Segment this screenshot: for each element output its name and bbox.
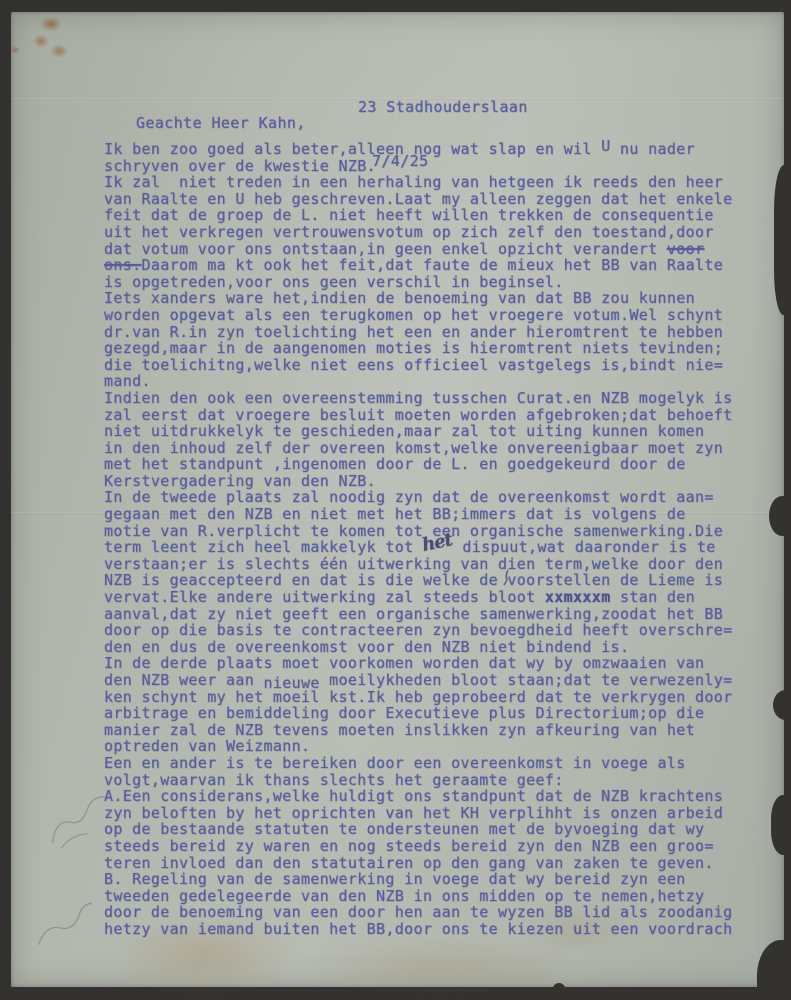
salutation: Geachte Heer Kahn, xyxy=(136,114,306,132)
letter-line: tweeden gedelegeerde van den NZB in ons … xyxy=(104,888,764,905)
letter-line: teren invloed dan den statutairen op den… xyxy=(104,855,764,872)
letter-line: manier zal de NZB tevens moeten inslikke… xyxy=(104,722,764,739)
letter-line: optreden van Weizmann. xyxy=(104,738,764,755)
letter-line: steeds bereid zy waren en nog steeds ber… xyxy=(104,838,764,855)
letter-line: term leent zich heel makkelyk tot het di… xyxy=(104,539,764,556)
letter-line: hetzy van iemand buiten het BB,door ons … xyxy=(104,921,764,938)
letter-line: door op die basis te contracteeren zyn b… xyxy=(104,622,764,639)
letter-line: aanval,dat zy niet geeft een organische … xyxy=(104,606,764,623)
letter-line: In de derde plaats moet voorkomen worden… xyxy=(104,655,764,672)
letter-line: arbitrage en bemiddeling door Executieve… xyxy=(104,705,764,722)
letter-line: gegaan met den NZB en niet met het BB;im… xyxy=(104,506,764,523)
handwritten-insertion: het xyxy=(421,532,454,554)
scanned-letter: 23 Stadhouderslaan 7/4/25 Geachte Heer K… xyxy=(0,0,791,1000)
letter-line: in den inhoud zelf der overeen komst,wel… xyxy=(104,440,764,457)
letter-line: zal eerst dat vroegere besluit moeten wo… xyxy=(104,407,764,424)
letter-line: In de tweede plaats zal noodig zyn dat d… xyxy=(104,489,764,506)
sender-address: 23 Stadhouderslaan xyxy=(358,98,528,116)
letter-line: gezegd,maar in de aangenomen moties is h… xyxy=(104,340,764,357)
letter-line: die toelichitng,welke niet eens officiee… xyxy=(104,357,764,374)
letter-line: den NZB weer aan nieuwe moeilykheden blo… xyxy=(104,672,764,689)
letter-line: Ik zal niet treden in een herhaling van … xyxy=(104,174,764,191)
letter-line: Indien den ook een overeenstemming tussc… xyxy=(104,390,764,407)
letter-line: schryven over de kwestie NZB. xyxy=(104,158,764,175)
letter-line: Kerstvergadering van den NZB. xyxy=(104,473,764,490)
letter-line: vervat.Elke andere uitwerking zal steeds… xyxy=(104,589,764,606)
letter-body: Ik ben zoo goed als beter,alleen nog wat… xyxy=(104,141,764,938)
letter-line: verstaan;er is slechts één uitwerking va… xyxy=(104,556,764,573)
letter-line: NZB is geaccepteerd en dat is die welke … xyxy=(104,572,764,589)
letter-line: worden opgevat als een terugkomen op het… xyxy=(104,307,764,324)
letter-line: dr.van R.in zyn toelichting het een en a… xyxy=(104,324,764,341)
letter-line: Iets xanders ware het,indien de benoemin… xyxy=(104,290,764,307)
letter-line: op de bestaande statuten te ondersteunen… xyxy=(104,821,764,838)
letter-line: met het standpunt ,ingenomen door de L. … xyxy=(104,456,764,473)
letter-line: volgt,waarvan ik thans slechts het geraa… xyxy=(104,772,764,789)
letter-line: mand. xyxy=(104,373,764,390)
letter-line: Ik ben zoo goed als beter,alleen nog wat… xyxy=(104,141,764,158)
letter-line: den en dus de overeenkomst voor den NZB … xyxy=(104,639,764,656)
letter-line: zyn beloften by het oprichten van het KH… xyxy=(104,805,764,822)
letter-line: B. Regeling van de samenwerking in voege… xyxy=(104,871,764,888)
letter-line: uit het verkregen vertrouwensvotum op zi… xyxy=(104,224,764,241)
letter-line: niet uitdrukkelyk te geschieden,maar zal… xyxy=(104,423,764,440)
letter-line: ons.Daarom ma kt ook het feit,dat faute … xyxy=(104,257,764,274)
letter-line: A.Een considerans,welke huldigt ons stan… xyxy=(104,788,764,805)
letter-line: is opgetreden,voor ons geen verschil in … xyxy=(104,274,764,291)
letter-line: door de benoeming van een door hen aan t… xyxy=(104,904,764,921)
letter-line: ken schynt my het moeil kst.Ik heb gepro… xyxy=(104,689,764,706)
letter-line: Een en ander is te bereiken door een ove… xyxy=(104,755,764,772)
letter-line: dat votum voor ons ontstaan,in geen enke… xyxy=(104,241,764,258)
letter-line: van Raalte en U heb geschreven.Laat my a… xyxy=(104,191,764,208)
letter-line: feit dat de groep de L. niet heeft wille… xyxy=(104,207,764,224)
